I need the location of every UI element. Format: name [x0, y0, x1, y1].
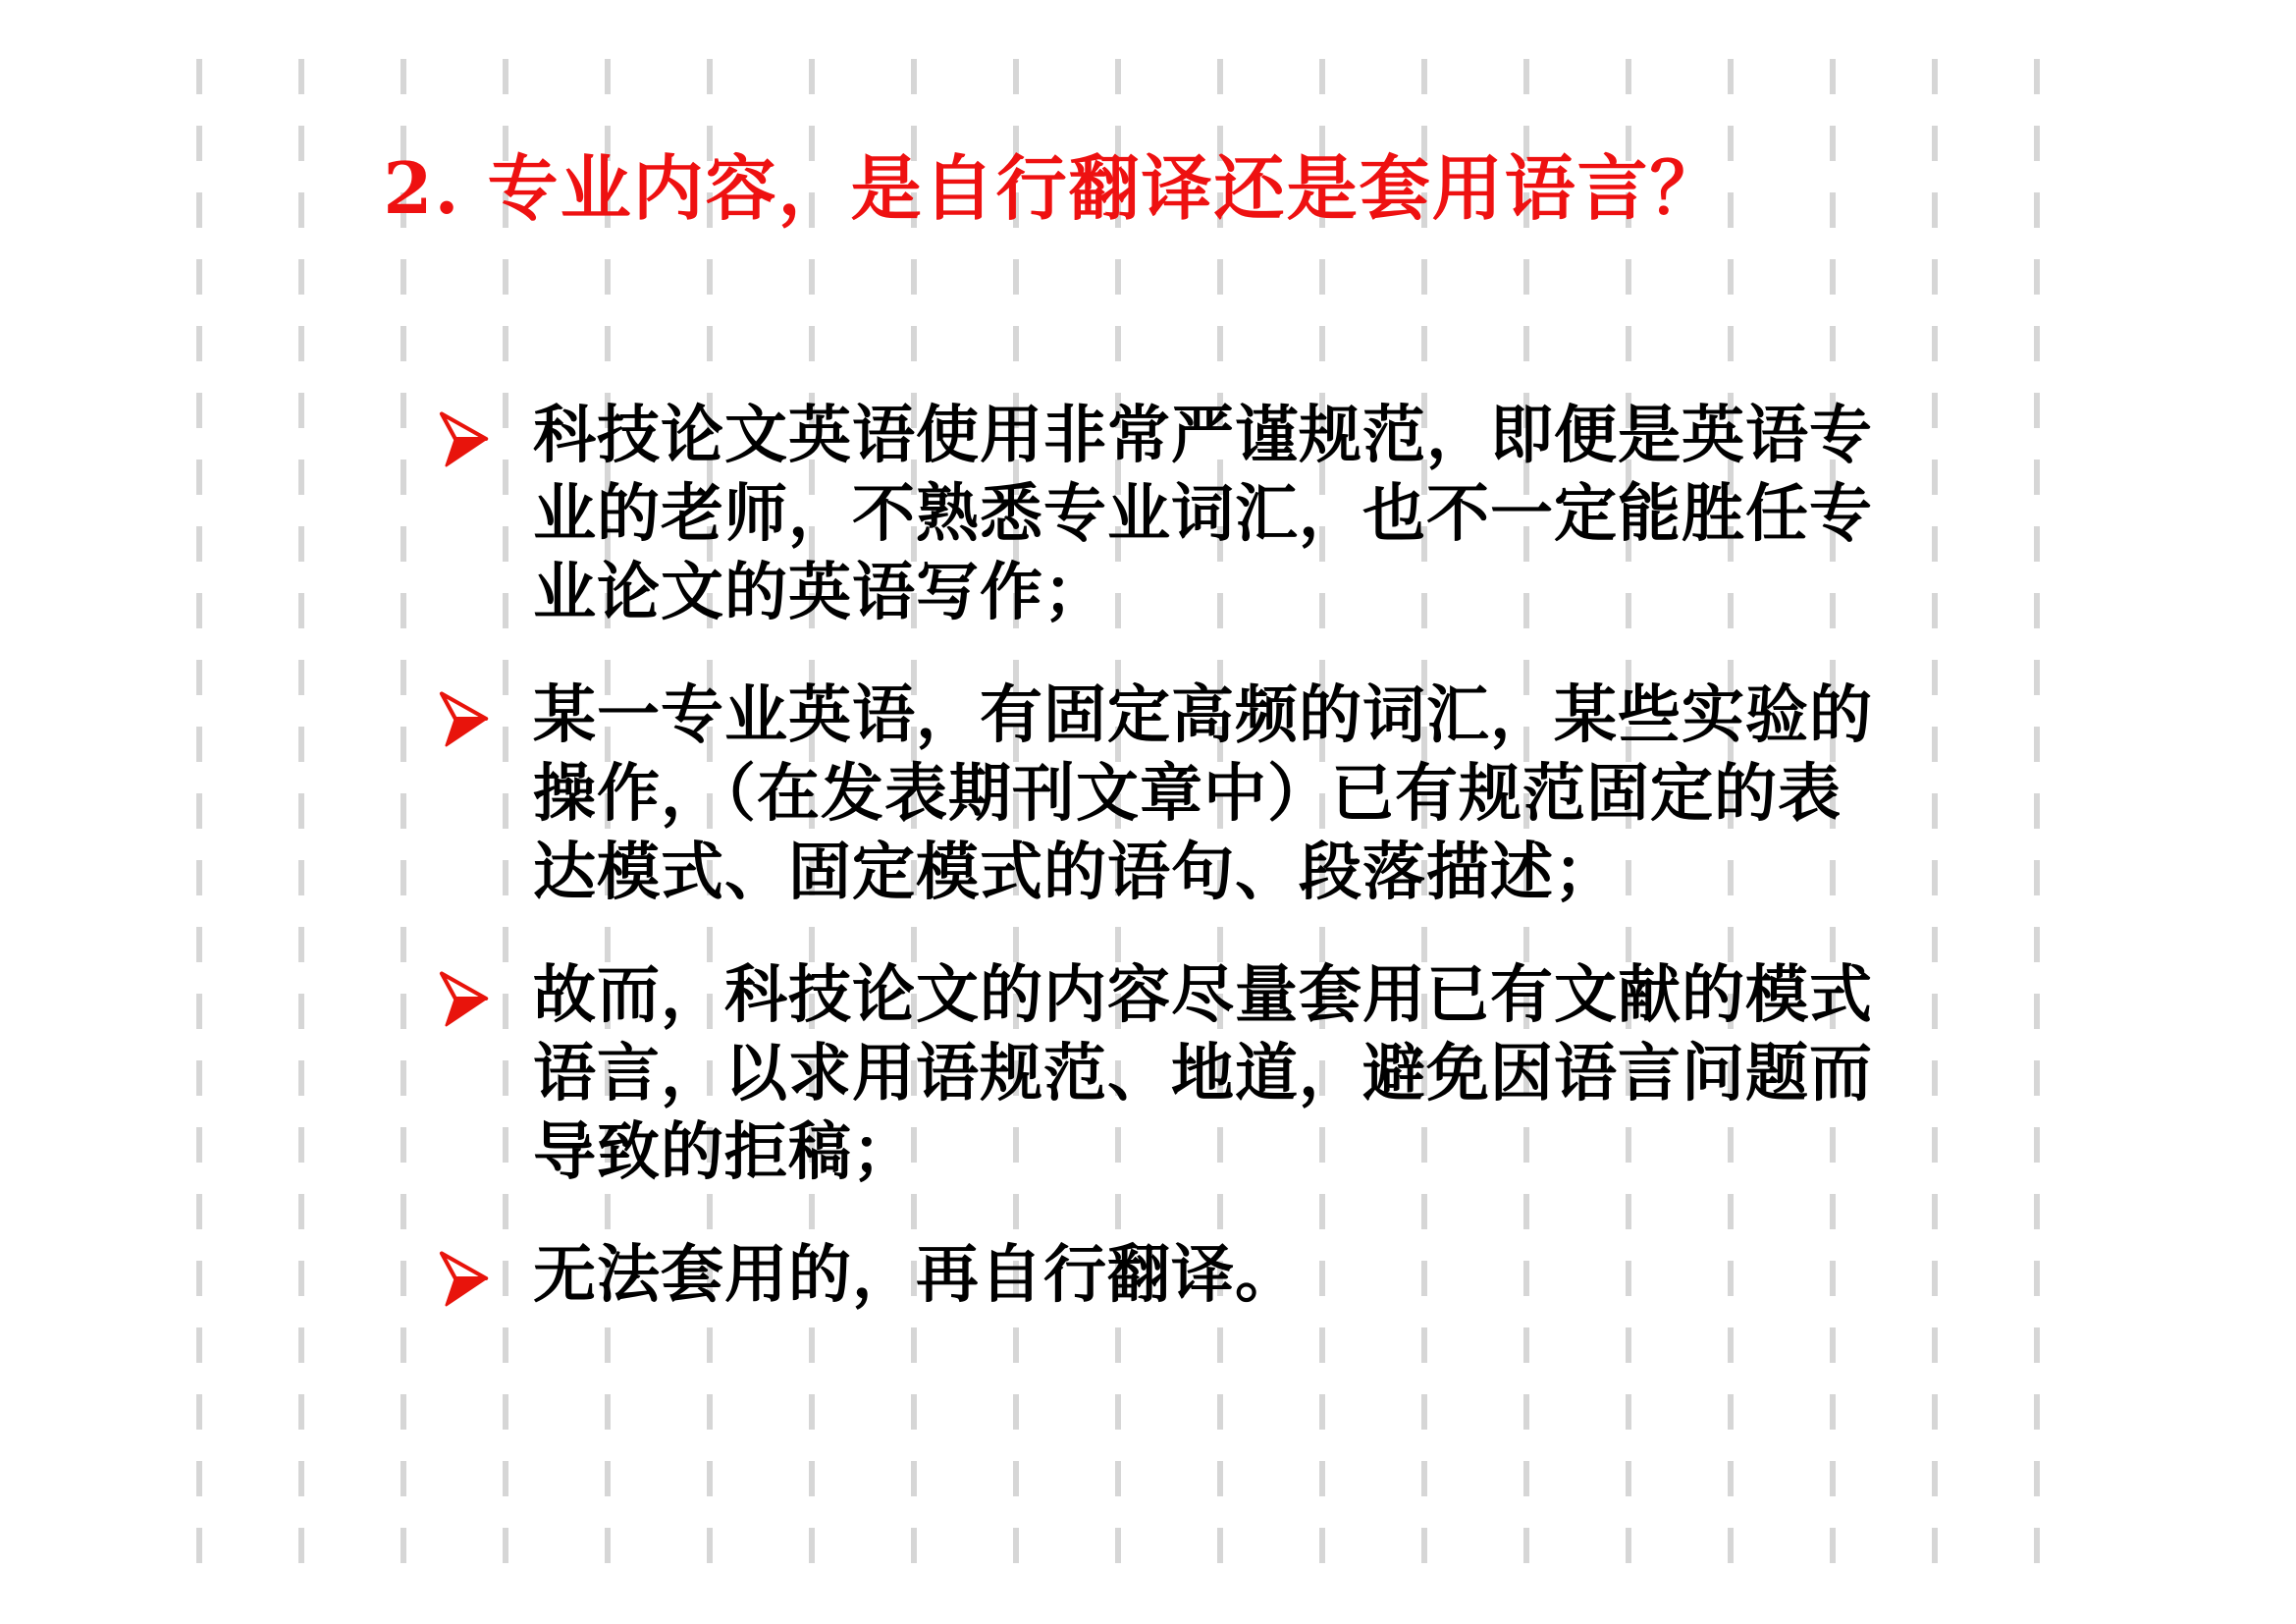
presentation-slide: 2. 专业内容，是自行翻译还是套用语言？ 科技论文英语使用非常严谨规范，即便是英…: [0, 0, 2296, 1624]
bullet-text: 故而，科技论文的内容尽量套用已有文献的模式 语言，以求用语规范、地道，避免因语言…: [533, 956, 2084, 1192]
bullet-text: 某一专业英语，有固定高频的词汇，某些实验的 操作，（在发表期刊文章中）已有规范固…: [533, 677, 2084, 912]
list-item: 科技论文英语使用非常严谨规范，即便是英语专 业的老师，不熟悉专业词汇，也不一定能…: [435, 397, 2084, 632]
arrow-bullet-icon: [435, 397, 533, 469]
bullet-text: 科技论文英语使用非常严谨规范，即便是英语专 业的老师，不熟悉专业词汇，也不一定能…: [533, 397, 2084, 632]
arrow-bullet-icon: [435, 677, 533, 749]
list-item: 某一专业英语，有固定高频的词汇，某些实验的 操作，（在发表期刊文章中）已有规范固…: [435, 677, 2084, 912]
slide-title: 2. 专业内容，是自行翻译还是套用语言？: [0, 149, 2106, 227]
bullet-text: 无法套用的，再自行翻译。: [533, 1236, 2084, 1315]
list-item: 无法套用的，再自行翻译。: [435, 1236, 2084, 1315]
bullet-list: 科技论文英语使用非常严谨规范，即便是英语专 业的老师，不熟悉专业词汇，也不一定能…: [435, 397, 2084, 1359]
arrow-bullet-icon: [435, 1236, 533, 1309]
list-item: 故而，科技论文的内容尽量套用已有文献的模式 语言，以求用语规范、地道，避免因语言…: [435, 956, 2084, 1192]
arrow-bullet-icon: [435, 956, 533, 1029]
